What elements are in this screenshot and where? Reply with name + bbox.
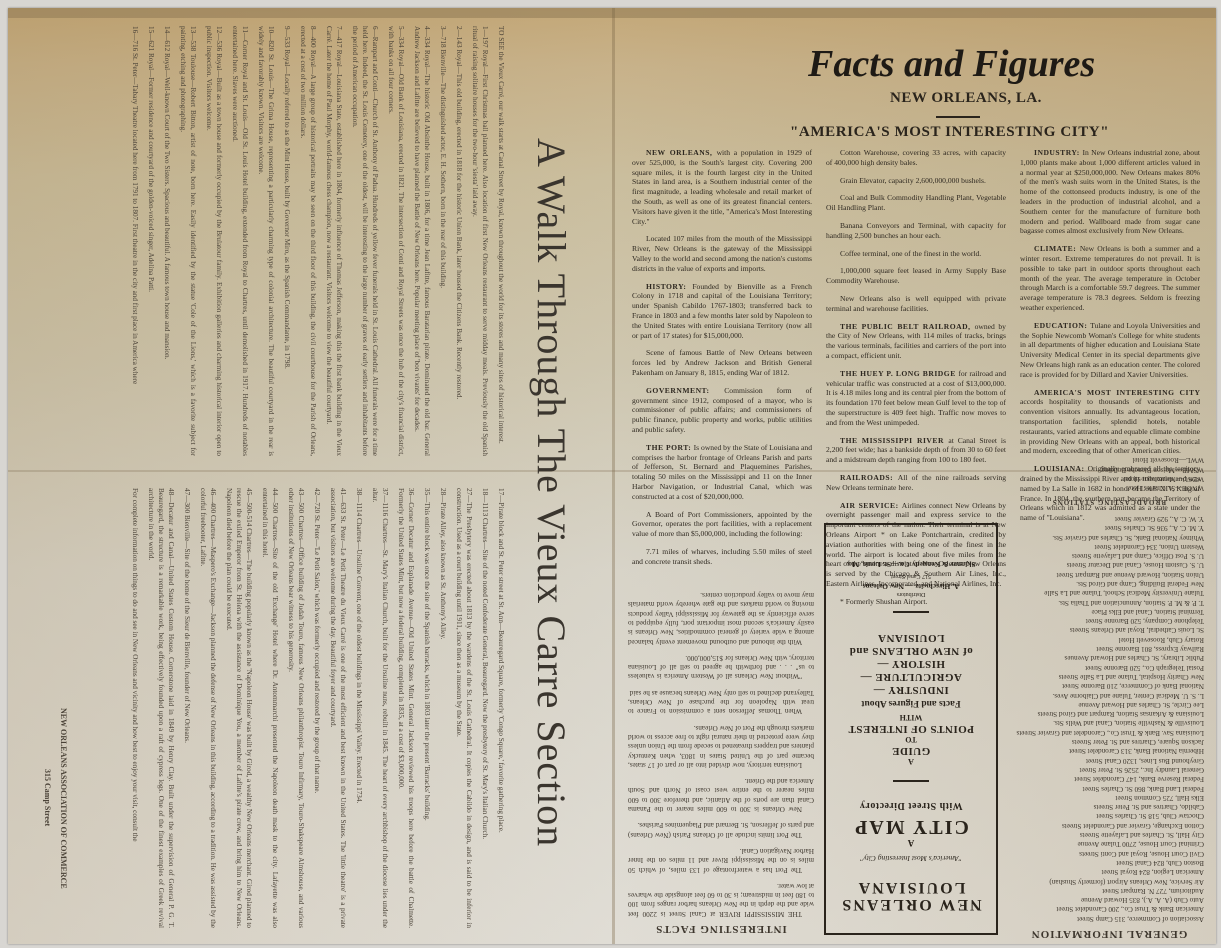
- cover-to: TO: [826, 735, 996, 744]
- association-address: 315 Camp Street: [42, 668, 52, 928]
- general-info-item: Terminal Station, Canal and Elks Place: [1014, 607, 1204, 616]
- fact-heading: CLIMATE:: [1034, 244, 1080, 253]
- walk-entry: 12—536 Royal—Built as a town house and f…: [204, 26, 224, 456]
- fact-heading: HISTORY:: [646, 282, 692, 291]
- walk-entry: 38—1114 Chartres—Ursuline Convent, one o…: [354, 488, 364, 928]
- walk-entry: 11—Corner Royal and St. Louis—Old St. Lo…: [230, 26, 250, 456]
- general-info-item: Postal Telegraph Co., 520 Baronne Street: [1014, 662, 1204, 671]
- fact-paragraph: Coal and Bulk Commodity Handling Plant, …: [826, 193, 1006, 213]
- cover-distributor-address: 517 Canal Street: [826, 573, 996, 579]
- general-info-item: Choctaw Club, 518 St. Charles Street: [1014, 811, 1204, 820]
- walk-entry: 17—Pirate block and St. Peter street at …: [496, 488, 506, 928]
- general-info-item: Air Service, New Orleans Airport (former…: [1014, 876, 1204, 885]
- walk-footer: NEW ORLEANS ASSOCIATION OF COMMERCE 315 …: [28, 668, 68, 928]
- fact-heading: EDUCATION:: [1034, 321, 1090, 330]
- fact-heading: AIR SERVICE:: [840, 501, 902, 510]
- general-info-item: Greyhound Bus Lines, 1320 Canal Street: [1014, 755, 1204, 764]
- fact-paragraph: EDUCATION: Tulane and Loyola Universitie…: [1020, 321, 1200, 380]
- general-info-item: Association of Commerce, 315 Camp Street: [1014, 913, 1204, 922]
- walk-entry: 7—417 Royal—Louisiana State, established…: [324, 26, 344, 456]
- cover-topic: AGRICULTURE —: [826, 670, 996, 683]
- fact-paragraph: THE PORT: Is owned by the State of Louis…: [632, 443, 812, 502]
- fact-paragraph: NEW ORLEANS, with a population in 1929 o…: [632, 148, 812, 226]
- walk-entry: 10—820 St. Louis—The Grima House, repres…: [256, 26, 276, 456]
- fact-paragraph: CLIMATE: New Orleans is both a summer an…: [1020, 244, 1200, 313]
- walk-entry: 15—621 Royal—Former residence and courty…: [146, 26, 156, 456]
- general-info-item: American Legion, 824 Royal Street: [1014, 867, 1204, 876]
- broadcasting-station: WNOE—St. Charles Hotel: [1014, 483, 1204, 492]
- cover-rule: [893, 780, 929, 782]
- fact-paragraph: RAILROADS: All of the nine railroads ser…: [826, 473, 1006, 493]
- general-info-item: Public Library, St. Charles and Howard A…: [1014, 653, 1204, 662]
- general-info-item: U. S. Post Office, Camp and Lafayette St…: [1014, 551, 1204, 560]
- interesting-fact: New Orleans is 300 to 600 miles nearer t…: [628, 776, 814, 813]
- general-info-item: General Laundry Inc., 2526 St. Peter Str…: [1014, 765, 1204, 774]
- walk-entry: 4—334 Royal—The historic Old Absinthe Ho…: [412, 26, 432, 456]
- center-fold: [612, 8, 615, 944]
- cover-topics: INDUSTRY —AGRICULTURE —HISTORY —of NEW O…: [826, 631, 996, 696]
- general-info-item: American Bank & Trust Co., 200 Carondele…: [1014, 904, 1204, 913]
- interesting-facts-heading: INTERESTING FACTS: [628, 924, 814, 933]
- general-info-item: Louisiana Sav. Bank & Trust Co., Caronde…: [1014, 727, 1204, 736]
- general-info-item: Auditorium, 727 N. Rampart Street: [1014, 886, 1204, 895]
- facts-column-1: NEW ORLEANS, with a population in 1929 o…: [632, 148, 812, 574]
- general-info-item: Elks Hall, 725 Common Street: [1014, 793, 1204, 802]
- walk-entry: 46—400 Chartres—Maspero's Exchange—Jacks…: [198, 488, 218, 928]
- interesting-fact: Louisiana territory, now divided into al…: [628, 722, 814, 768]
- general-info-item: Rotary Club, Roosevelt Hotel: [1014, 635, 1204, 644]
- cover-with: WITH: [826, 713, 996, 722]
- general-information-heading: GENERAL INFORMATION: [1014, 929, 1204, 938]
- interesting-facts-column: INTERESTING FACTS THE MISSISSIPPI RIVER …: [628, 523, 814, 933]
- walk-entry: TO SEE the Vieux Carré, our walk starts …: [496, 26, 506, 456]
- cover-state: LOUISIANA: [826, 879, 996, 896]
- general-info-item: Y. M. C. A., 936 St. Charles Street: [1014, 523, 1204, 532]
- general-info-item: Federal Land Bank, 860 St. Charles Stree…: [1014, 783, 1204, 792]
- facts-location: NEW ORLEANS, LA.: [890, 90, 1042, 107]
- walk-entry: 1—197 Royal—First Christmas ball planned…: [470, 26, 490, 456]
- walk-entry: 6—Rampart and Conti—Church of St. Anthon…: [350, 26, 380, 456]
- fact-paragraph: 1,000,000 square feet leased in Army Sup…: [826, 266, 1006, 286]
- fact-paragraph: HISTORY: Founded by Bienville as a Frenc…: [632, 282, 812, 341]
- fact-heading: INDUSTRY:: [1034, 148, 1083, 157]
- facts-tagline: "AMERICA'S MOST INTERESTING CITY": [790, 124, 1109, 141]
- cover-rule-2: [893, 611, 929, 613]
- cover-map-subtitle: With Street Directory: [826, 800, 996, 811]
- general-info-item: Louisville & Nashville Station, Canal an…: [1014, 718, 1204, 727]
- general-information-column: GENERAL INFORMATION Association of Comme…: [1014, 518, 1204, 938]
- cover-points: POINTS OF INTEREST: [826, 722, 996, 735]
- facts-panel: Facts and Figures NEW ORLEANS, LA. "AMER…: [618, 18, 1214, 938]
- general-info-item: Boston Club, 824 Canal Street: [1014, 858, 1204, 867]
- fact-paragraph: INDUSTRY: In New Orleans industrial zone…: [1020, 148, 1200, 236]
- walk-entry: 45—500-514 Chartres—The building popular…: [224, 488, 254, 928]
- walk-entry: 28—Pirate Alley, also known as St. Antho…: [438, 488, 448, 928]
- general-info-item: National Bank of Commerce, 210 Baronne S…: [1014, 681, 1204, 690]
- general-info-item: Criminal Court House, 2700 Tulane Avenue: [1014, 839, 1204, 848]
- fact-heading: THE HUEY P. LONG BRIDGE: [840, 369, 958, 378]
- walk-entry: 18—1113 Chartres—Site of the noted Confe…: [480, 488, 490, 928]
- fact-heading: GOVERNMENT:: [646, 386, 724, 395]
- walk-entry: 35—This entire block was once the site o…: [422, 488, 432, 928]
- general-info-item: Civil Court House, Royal and Conti Stree…: [1014, 848, 1204, 857]
- general-info-item: Hibernia National Bank, 313 Carondelet S…: [1014, 746, 1204, 755]
- fact-paragraph: Grain Elevator, capacity 2,600,000,000 b…: [826, 176, 1006, 186]
- fact-paragraph: Coffee terminal, one of the finest in th…: [826, 249, 1006, 259]
- general-info-item: Federal Reserve Bank, 147 Carondelet Str…: [1014, 774, 1204, 783]
- fact-paragraph: Located 107 miles from the mouth of the …: [632, 234, 812, 273]
- cover-guide-article: A: [826, 757, 996, 766]
- title-rule: [936, 116, 980, 118]
- walk-entry: 48—Decatur and Canal—United States Custo…: [146, 488, 176, 928]
- walk-entry: 44—500 Chartres—Site of the old 'Exchang…: [260, 488, 280, 928]
- general-info-item: Lee Circle, St. Charles and Howard Avenu…: [1014, 700, 1204, 709]
- cover-topic: HISTORY —: [826, 657, 996, 670]
- fact-paragraph: Banana Conveyors and Terminal, with capa…: [826, 221, 1006, 241]
- fact-paragraph: THE HUEY P. LONG BRIDGE for railroad and…: [826, 369, 1006, 428]
- fact-paragraph: GOVERNMENT: Commission form of governmen…: [632, 386, 812, 435]
- facts-title: Facts and Figures: [808, 42, 1095, 86]
- interesting-fact: "Without New Orleans all of Western Amer…: [628, 653, 814, 681]
- fact-heading: THE MISSISSIPPI RIVER: [840, 436, 948, 445]
- cover-guide: GUIDE: [826, 744, 996, 757]
- walk-entry: 41—633 St. Peter—Le Petit Theatre du Vie…: [328, 488, 348, 928]
- interesting-fact: THE MISSISSIPPI RIVER at Canal Street is…: [628, 881, 814, 918]
- general-info-item: City Hall, St. Charles and Lafayette Str…: [1014, 830, 1204, 839]
- cover-distributor: A. Hirschwitz — New Orleans: [826, 581, 996, 591]
- cover-map-title: CITY MAP: [826, 815, 996, 838]
- walk-entry: For complete information on things to do…: [130, 488, 140, 928]
- association-name: NEW ORLEANS ASSOCIATION OF COMMERCE: [58, 668, 68, 928]
- walk-column-bottom: 17—Pirate block and St. Peter street at …: [36, 488, 506, 928]
- cover-distributors-label: Distributors: [826, 591, 996, 597]
- general-info-item: Union Station, Howard Avenue and Rampart…: [1014, 569, 1204, 578]
- fact-heading: THE PUBLIC BELT RAILROAD,: [840, 322, 975, 331]
- interesting-fact: The Port limits include all of Orleans P…: [628, 820, 814, 839]
- fact-paragraph: THE PUBLIC BELT RAILROAD, owned by the C…: [826, 322, 1006, 361]
- interesting-fact: The Port has a waterfrontage of 133 mile…: [628, 846, 814, 874]
- cover-city: NEW ORLEANS: [826, 896, 996, 913]
- fact-heading: RAILROADS:: [840, 473, 898, 482]
- walk-entry: 2—143 Royal—This old building, erected i…: [454, 26, 464, 456]
- fact-paragraph: New Orleans also is well equipped with p…: [826, 294, 1006, 314]
- general-info-item: New Federal Building, Camp and Girod Sts…: [1014, 579, 1204, 588]
- walk-entry: 16—716 St. Peter—Tabary Theatre located …: [130, 26, 140, 456]
- walk-entry: 43—500 Chartres—Office building of Judah…: [286, 488, 306, 928]
- general-info-item: Whitney National Bank, St. Charles and G…: [1014, 532, 1204, 541]
- fact-heading: NEW ORLEANS,: [646, 148, 717, 157]
- general-info-item: New Charity Hospital, Tulane and La Sall…: [1014, 672, 1204, 681]
- cover-topic: of NEW ORLEANS and: [826, 644, 996, 657]
- broadcasting-station: WSMB—Maison Blanche Building: [1014, 464, 1204, 473]
- cover-topic: INDUSTRY —: [826, 683, 996, 696]
- cover-article: A: [826, 838, 996, 848]
- general-info-item: T. P. & M. P. Station, Annunciation and …: [1014, 597, 1204, 606]
- general-info-item: Auto Club (A. A. A.), 835 Howard Avenue: [1014, 895, 1204, 904]
- walk-entry: 8—400 Royal—A large group of historical …: [298, 26, 318, 456]
- fact-paragraph: Cotton Warehouse, covering 33 acres, wit…: [826, 148, 1006, 168]
- walk-entry: 5—334 Royal—Old Bank of Louisiana, erect…: [386, 26, 406, 456]
- general-info-item: Louisiana & Arkansas Station, Rampart an…: [1014, 709, 1204, 718]
- walk-entry: 36—Corner Decatur and Esplanade Avenue—O…: [396, 488, 416, 928]
- cover-box: NEW ORLEANS LOUISIANA "America's Most In…: [824, 523, 998, 935]
- cover-topic: LOUISIANA: [826, 631, 996, 644]
- general-info-item: Telephone Company, 520 Baronne Street: [1014, 616, 1204, 625]
- general-info-item: L. S. U. Medical Center, Tulane and Clai…: [1014, 690, 1204, 699]
- broadcasting-heading: BROADCASTING STATIONS: [1014, 496, 1204, 505]
- interesting-fact: With the inbound and outbound movement e…: [628, 590, 814, 646]
- general-info-item: Western Union, 334 Carondelet Street: [1014, 542, 1204, 551]
- cover-publisher: Skinner & Kennedy Co.—St. Louis, Mo.: [826, 559, 996, 569]
- walk-entry: 14—612 Royal—Well-known Court of the Two…: [162, 26, 172, 456]
- interesting-fact: When Thomas Jefferson sent a commission …: [628, 687, 814, 715]
- fact-heading: AMERICA'S MOST INTERESTING CITY: [1034, 388, 1200, 397]
- walk-entry: 47—300 Bienville—Site of the home of the…: [182, 488, 192, 928]
- general-info-item: Tulane University Medical School, Tulane…: [1014, 588, 1204, 597]
- walk-entry: 13—538 Toulouse—Robert Bitton, artist of…: [178, 26, 198, 456]
- walk-entry: 37—1116 Chartres—St. Mary's Italian Chur…: [370, 488, 390, 928]
- fact-paragraph: THE MISSISSIPPI RIVER at Canal Street is…: [826, 436, 1006, 465]
- fact-heading: THE PORT:: [646, 443, 694, 452]
- general-info-item: Y. W. C. A., 929 Gravier Street: [1014, 514, 1204, 523]
- cover-quote: "America's Most Interesting City": [826, 854, 996, 863]
- walk-title: A Walk Through The Vieux Carre Section: [517, 138, 577, 938]
- broadcasting-station: WWL—Roosevelt Hotel: [1014, 455, 1204, 464]
- walk-entry: 42—720 St. Peter—'Le Petit Salon,' which…: [312, 488, 322, 928]
- walk-column-top: TO SEE the Vieux Carré, our walk starts …: [36, 26, 506, 456]
- walk-entry: 27—The Presbytery was erected about 1813…: [454, 488, 474, 928]
- walk-entry: 3—718 Bienville—The distinguished actor,…: [438, 26, 448, 456]
- general-info-item: Cotton Exchange, Gravier and Carondelet …: [1014, 820, 1204, 829]
- general-info-item: Railway Express, 801 Baronne Street: [1014, 644, 1204, 653]
- broadcasting-station: WDSU—Monteleone Hotel: [1014, 474, 1204, 483]
- general-info-item: Cabildo, Chartres and St. Peter Streets: [1014, 802, 1204, 811]
- fact-paragraph: Scene of famous Battle of New Orleans be…: [632, 348, 812, 377]
- cover-facts-about: Facts and Figures About: [826, 696, 996, 709]
- walk-entry: 9—533 Royal—Locally referred to as the M…: [282, 26, 292, 456]
- walk-panel: A Walk Through The Vieux Carre Section T…: [14, 18, 606, 938]
- general-info-item: St. Louis Cathedral, Royal and Orleans S…: [1014, 625, 1204, 634]
- general-info-item: Jackson Square, Chartres and St. Peter S…: [1014, 737, 1204, 746]
- fact-paragraph: AMERICA'S MOST INTERESTING CITY accords …: [1020, 388, 1200, 457]
- general-info-item: U. S. Custom House, Canal and Decatur St…: [1014, 560, 1204, 569]
